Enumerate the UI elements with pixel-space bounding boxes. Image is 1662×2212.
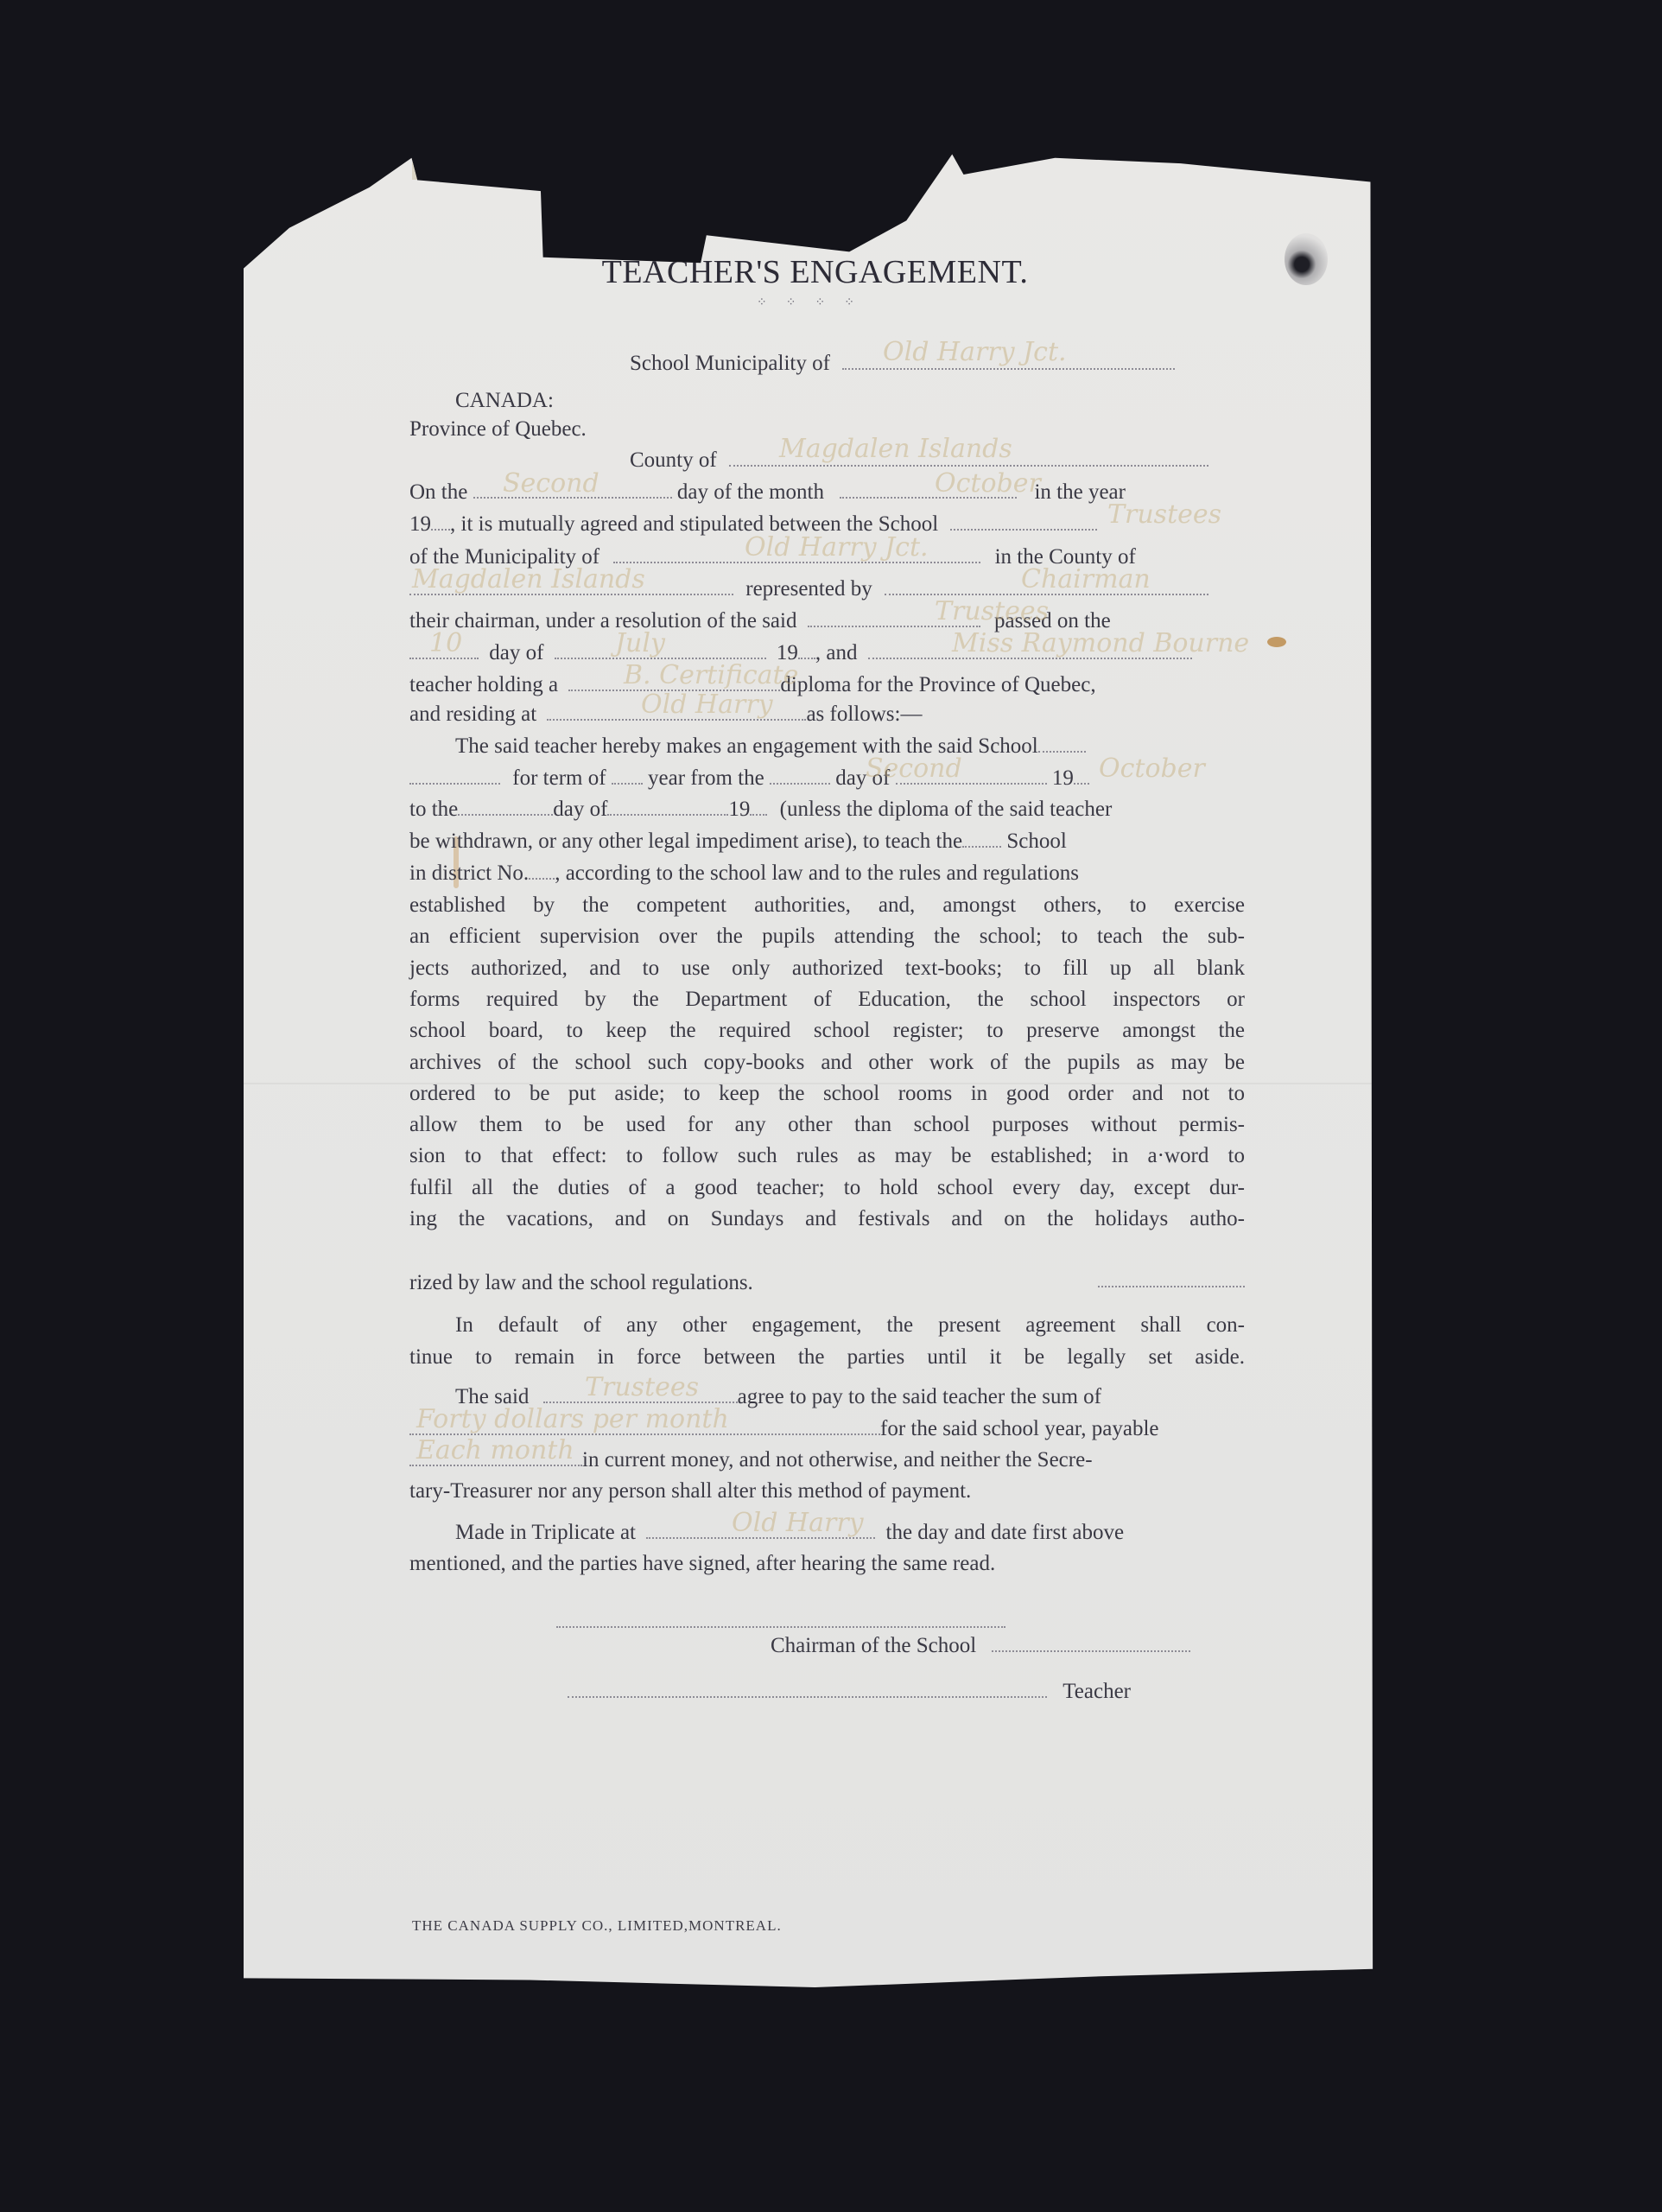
text: day of — [553, 798, 607, 821]
teacher-signature-line: Teacher — [568, 1679, 1403, 1705]
clause-line-11: to theday of19 (unless the diploma of th… — [409, 797, 1245, 823]
school-signature-line — [556, 1609, 1392, 1635]
duties-line: forms required by the Department of Educ… — [409, 987, 1245, 1013]
text: for term of — [512, 766, 606, 790]
country-label: CANADA: — [455, 388, 1291, 414]
default-line-2: tinue to remain in force between the par… — [409, 1344, 1245, 1370]
default-line-1: In default of any other engagement, the … — [409, 1313, 1245, 1338]
form-sheet: TEACHER'S ENGAGEMENT. ⁘⁘⁘⁘ School Munici… — [244, 147, 1386, 1987]
text: 19 — [728, 798, 750, 821]
text: day of — [489, 641, 543, 664]
handwriting-represented-by: Chairman — [1021, 564, 1151, 594]
label: School Municipality of — [630, 352, 830, 375]
duties-line: fulfil all the duties of a good teacher;… — [409, 1175, 1245, 1201]
clause-line-8: and residing at as follows:— — [409, 702, 1245, 728]
text: year from the — [648, 766, 764, 790]
text: On the — [409, 480, 467, 504]
handwriting-from-month: October — [1099, 753, 1205, 784]
handwriting-resolution: Trustees — [935, 596, 1049, 626]
handwriting-county2: Magdalen Islands — [412, 564, 645, 594]
passed-year-field[interactable] — [798, 652, 815, 659]
text: for the said school year, payable — [880, 1417, 1159, 1440]
text: (unless the diploma of the said teacher — [780, 798, 1113, 821]
from-day-field[interactable] — [770, 778, 830, 785]
duties-line: an efficient supervision over the pupils… — [409, 924, 1245, 950]
label: County of — [630, 448, 717, 472]
handwriting-from-day: Second — [866, 753, 962, 784]
triplicate-line-2: mentioned, and the parties have signed, … — [409, 1551, 1245, 1577]
text: , according to the school law and to the… — [555, 861, 1079, 885]
torn-edge — [1194, 152, 1367, 164]
text: teacher holding a — [409, 673, 558, 696]
duties-line: archives of the school such copy-books a… — [409, 1050, 1245, 1076]
pay-line-4: tary-Treasurer nor any person shall alte… — [409, 1478, 1245, 1504]
handwriting-passed-month: July — [615, 628, 665, 658]
chairman-signature-line: Chairman of the School — [771, 1633, 1606, 1659]
clause-line-12: be withdrawn, or any other legal impedim… — [409, 829, 1245, 855]
clause-line-7: teacher holding a diploma for the Provin… — [409, 672, 1245, 698]
to-year-field[interactable] — [750, 809, 767, 816]
clause-line-13: in district No., according to the school… — [409, 861, 1245, 887]
ornament-divider: ⁘⁘⁘⁘ — [244, 296, 1386, 310]
stain-spot — [1267, 637, 1286, 647]
school-type-field[interactable] — [962, 841, 1001, 848]
text: day of the month — [677, 480, 824, 504]
text: be withdrawn, or any other legal impedim… — [409, 829, 962, 853]
text: School — [1006, 829, 1066, 853]
text: in current money, and not otherwise, and… — [582, 1448, 1093, 1471]
handwriting-passed-day: 10 — [429, 628, 462, 658]
text: in district No. — [409, 861, 529, 885]
handwriting-school-of: Trustees — [1107, 499, 1221, 530]
duties-line: ing the vacations, and on Sundays and fe… — [409, 1206, 1245, 1232]
engagement-school-field[interactable] — [1038, 746, 1086, 753]
text: the day and date first above — [886, 1521, 1125, 1544]
handwriting-municipality: Old Harry Jct. — [883, 337, 1067, 367]
handwriting-diploma: B. Certificate — [624, 660, 798, 690]
handwriting-county: Magdalen Islands — [779, 434, 1012, 464]
duties-line: jects authorized, and to use only author… — [409, 956, 1245, 982]
teacher-label: Teacher — [1063, 1680, 1131, 1703]
year-field[interactable] — [431, 524, 450, 531]
text: to the — [409, 798, 458, 821]
chairman-label: Chairman of the School — [771, 1634, 976, 1657]
text: Made in Triplicate at — [455, 1521, 636, 1544]
printer-imprint: THE CANADA SUPPLY CO., LIMITED,MONTREAL. — [412, 1917, 782, 1935]
chairman-signature-field[interactable] — [992, 1645, 1190, 1652]
text: and residing at — [409, 702, 536, 726]
school-signature-field[interactable] — [556, 1621, 1005, 1628]
term-years-field[interactable] — [612, 778, 643, 785]
handwriting-the-said: Trustees — [585, 1372, 699, 1402]
handwriting-made-at: Old Harry — [732, 1508, 864, 1538]
duties-extra-field[interactable] — [1098, 1281, 1245, 1287]
to-month-field[interactable] — [607, 809, 728, 816]
handwriting-month: October — [935, 468, 1041, 499]
handwriting-residing: Old Harry — [641, 690, 773, 720]
handwriting-sum: Forty dollars per month — [416, 1404, 729, 1434]
duties-line: established by the competent authorities… — [409, 893, 1245, 918]
handwriting-municipality2: Old Harry Jct. — [745, 532, 929, 563]
document-title: TEACHER'S ENGAGEMENT. — [244, 253, 1386, 291]
duties-line: allow them to be used for any other than… — [409, 1112, 1245, 1138]
text: their chairman, under a resolution of th… — [409, 609, 796, 632]
text: agree to pay to the said teacher the sum… — [738, 1385, 1101, 1408]
from-year-field[interactable] — [1074, 778, 1089, 785]
text: rized by law and the school regulations. — [409, 1271, 753, 1294]
school-field[interactable] — [950, 524, 1097, 531]
term-prefix-field[interactable] — [409, 778, 500, 785]
text: 19 — [409, 512, 431, 536]
handwriting-teacher-name: Miss Raymond Bourne — [952, 628, 1249, 658]
text: represented by — [745, 577, 872, 601]
handwriting-day: Second — [503, 468, 599, 499]
text: , and — [815, 641, 858, 664]
text: as follows:— — [806, 702, 922, 726]
text: 19 — [1052, 766, 1074, 790]
district-no-field[interactable] — [529, 873, 555, 880]
handwriting-payable: Each month — [416, 1435, 574, 1465]
duties-last-line: rized by law and the school regulations. — [409, 1270, 1245, 1296]
duties-line: school board, to keep the required schoo… — [409, 1018, 1245, 1044]
torn-edge — [412, 162, 542, 180]
teacher-signature-field[interactable] — [568, 1691, 1047, 1698]
duties-line: sion to that effect: to follow such rule… — [409, 1143, 1245, 1169]
text: diploma for the Province of Quebec, — [780, 673, 1095, 696]
to-day-field[interactable] — [458, 809, 553, 816]
duties-line: ordered to be put aside; to keep the sch… — [409, 1081, 1245, 1107]
